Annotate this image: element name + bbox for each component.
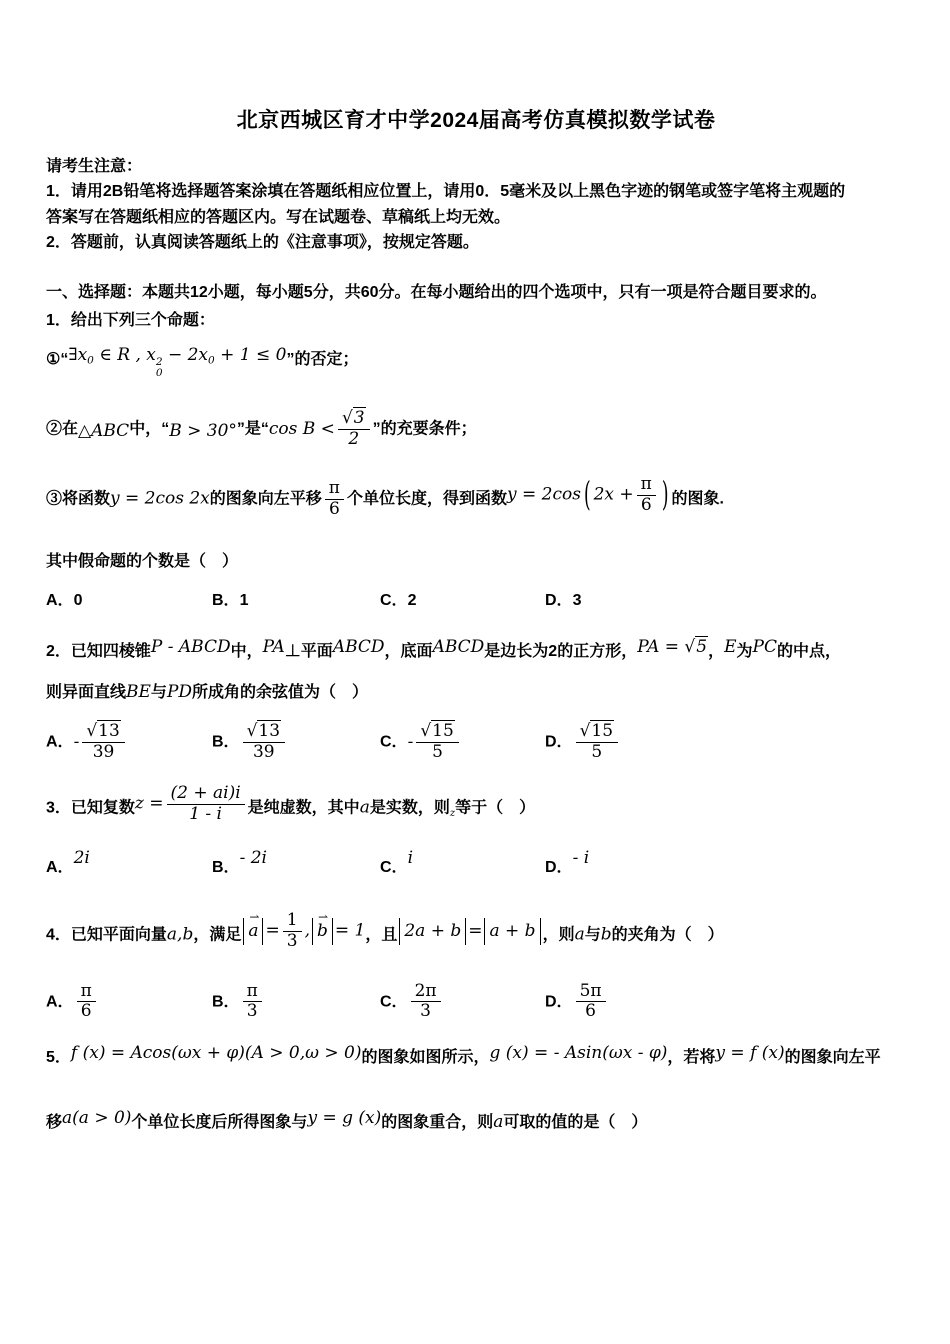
- text-run: ，且: [365, 927, 397, 944]
- text-run: ，: [708, 643, 724, 660]
- q1-options: A．0 B．1 C．2 D．3: [46, 588, 906, 614]
- text-run: ①“: [46, 351, 68, 368]
- math-equation: z =(2 + ai)i1 - i: [135, 784, 248, 824]
- text-run: 的夹角为（ ）: [612, 927, 724, 944]
- q3-option-b: B．- 2i: [212, 854, 380, 881]
- question-number: 5．: [46, 1049, 71, 1066]
- q3-options: A．2i B．- 2i C．i D．- i: [46, 854, 906, 881]
- option-value: 1339: [240, 732, 288, 752]
- math-run: PA: [263, 634, 285, 661]
- fraction-numerator: π: [243, 982, 262, 1003]
- text-run: 可取的值的是（ ）: [503, 1114, 647, 1131]
- fraction-numerator: (2 + ai)i: [167, 784, 245, 805]
- option-value: - 2i: [240, 845, 267, 872]
- option-label: D．: [545, 993, 573, 1010]
- fraction-numerator: 3: [338, 409, 370, 430]
- math-run: y = g (x): [307, 1105, 381, 1132]
- text-run: ，满足: [193, 927, 241, 944]
- q4-option-a: A．π6: [46, 982, 212, 1022]
- text-run: ，则: [543, 927, 575, 944]
- text-run: 则异面直线: [46, 684, 126, 701]
- fraction: π6: [77, 982, 96, 1022]
- notice-line-2: 答案写在答题纸相应的答题区内。写在试题卷、草稿纸上均无效。: [46, 205, 906, 231]
- math-run: x: [146, 345, 156, 365]
- fraction-numerator: π: [77, 982, 96, 1003]
- option-label: A．: [46, 734, 74, 751]
- sqrt-radical: 15: [420, 720, 454, 741]
- q2-option-d: D．155: [545, 722, 906, 762]
- option-label: C．: [380, 592, 408, 609]
- text-run: 3．已知复数: [46, 800, 135, 817]
- text-run: 的图象.: [671, 491, 723, 508]
- math-run: y = 2cos: [507, 485, 581, 505]
- fraction: π3: [243, 982, 262, 1022]
- radicand: 13: [257, 720, 281, 741]
- text-run: 是纯虚数，其中: [248, 800, 360, 817]
- fraction-denominator: 6: [325, 500, 344, 520]
- option-label: D．: [545, 859, 573, 876]
- option-value: 3: [573, 592, 582, 609]
- text-run: 是实数，则: [370, 800, 450, 817]
- option-value: 155: [573, 732, 621, 752]
- math-run: b: [601, 925, 612, 945]
- page-title: 北京西城区育才中学2024届高考仿真模拟数学试卷: [46, 104, 906, 138]
- math-run: △ABC: [78, 418, 129, 445]
- option-value: 2: [408, 592, 417, 609]
- q3-stem: 3．已知复数z =(2 + ai)i1 - i是纯虚数，其中a是实数，则z等于（…: [46, 788, 906, 828]
- option-label: B．: [212, 734, 240, 751]
- fraction-numerator: π: [637, 475, 656, 496]
- math-run: 2x +: [594, 485, 634, 505]
- text-run: ”的否定；: [286, 351, 358, 368]
- q4-option-d: D．5π6: [545, 982, 906, 1022]
- math-run: f (x) = Acos(ωx + φ)(A > 0,ω > 0): [71, 1040, 362, 1067]
- section-heading: 一、选择题：本题共12小题，每小题5分，共60分。在每小题给出的四个选项中，只有…: [46, 280, 906, 306]
- math-run: − 2x: [163, 345, 208, 365]
- fraction: 155: [416, 722, 458, 762]
- q5-stem-line-2: 移a(a > 0)个单位长度后所得图象与y = g (x)的图象重合，则a可取的…: [46, 1109, 906, 1136]
- option-label: D．: [545, 734, 573, 751]
- math-run: y = 2cos 2x: [110, 489, 210, 509]
- text-run: 的图象重合，则: [381, 1114, 493, 1131]
- fraction-numerator: 2π: [411, 982, 441, 1003]
- fraction: 1339: [82, 722, 124, 762]
- option-value: - i: [573, 845, 590, 872]
- fraction-denominator: 5: [416, 743, 458, 763]
- text-run: 2．已知四棱锥: [46, 643, 151, 660]
- subscript: 0: [87, 355, 94, 367]
- fraction: 5π6: [576, 982, 606, 1022]
- question-1: 1．给出下列三个命题： ①“∃x0 ∈ R , x20 − 2x0 + 1 ≤ …: [46, 308, 906, 614]
- math-run: a: [493, 1112, 503, 1132]
- q4-options: A．π6 B．π3 C．2π3 D．5π6: [46, 982, 906, 1022]
- text-run: ，若将: [667, 1049, 715, 1066]
- question-5: 5．f (x) = Acos(ωx + φ)(A > 0,ω > 0)的图象如图…: [46, 1044, 906, 1136]
- option-label: C．: [380, 859, 408, 876]
- math-run: PA =: [637, 637, 679, 657]
- option-label: A．: [46, 993, 74, 1010]
- radicand: 3: [353, 407, 366, 428]
- text-run: ③将函数: [46, 491, 110, 508]
- fraction-numerator: 5π: [576, 982, 606, 1003]
- q4-option-b: B．π3: [212, 982, 380, 1022]
- math-run: =: [468, 921, 482, 941]
- fraction-denominator: 6: [576, 1002, 606, 1022]
- minus-sign: -: [408, 732, 414, 752]
- fraction-numerator: π: [325, 479, 344, 500]
- q2-option-a: A．-1339: [46, 722, 212, 762]
- vector-a: a: [248, 918, 258, 945]
- option-label: D．: [545, 592, 573, 609]
- subscript: 0: [208, 355, 215, 367]
- math-run: ∈ R ,: [94, 345, 146, 365]
- notice-line-1: 1．请用2B铅笔将选择题答案涂填在答题纸相应位置上，请用0．5毫米及以上黑色字迹…: [46, 179, 906, 205]
- q2-option-c: C．-155: [380, 722, 545, 762]
- math-run: + 1 ≤ 0: [215, 345, 287, 365]
- subscript: 0: [156, 368, 163, 379]
- text-run: 移: [46, 1114, 62, 1131]
- text-run: 个单位长度后所得图象与: [131, 1114, 307, 1131]
- fraction-denominator: 39: [243, 743, 285, 763]
- option-value: 0: [74, 592, 83, 609]
- q1-stem: 1．给出下列三个命题：: [46, 308, 906, 334]
- math-run: BE: [126, 682, 151, 702]
- q3-option-c: C．i: [380, 854, 545, 881]
- abs-bars: a: [243, 918, 263, 945]
- q1-option-c: C．2: [380, 588, 545, 614]
- left-paren: (: [584, 469, 591, 523]
- text-run: ”是“: [237, 421, 269, 438]
- math-run: z =: [135, 794, 164, 814]
- math-run: =: [265, 921, 279, 941]
- question-2: 2．已知四棱锥P - ABCD中，PA⊥平面ABCD，底面ABCD是边长为2的正…: [46, 638, 906, 762]
- sqrt-radical: 5: [684, 636, 708, 657]
- text-run: 个单位长度，得到函数: [347, 491, 507, 508]
- q2-stem: 2．已知四棱锥P - ABCD中，PA⊥平面ABCD，底面ABCD是边长为2的正…: [46, 638, 906, 665]
- option-label: C．: [380, 734, 408, 751]
- notice-line-3: 2．答题前，认真阅读答题纸上的《注意事项》，按规定答题。: [46, 230, 906, 256]
- math-run: = 1: [335, 921, 365, 941]
- fraction-numerator: 15: [416, 722, 458, 743]
- text-run: ，底面: [385, 643, 433, 660]
- fraction: 155: [576, 722, 618, 762]
- text-run: 中，“: [129, 421, 169, 438]
- radicand: 15: [431, 720, 455, 741]
- math-proposition-1: ∃x0 ∈ R , x20 − 2x0 + 1 ≤ 0: [68, 342, 286, 379]
- abs-bars: 2a + b: [399, 918, 466, 945]
- abs-bars: a + b: [484, 918, 540, 945]
- q1-item-1: ①“∃x0 ∈ R , x20 − 2x0 + 1 ≤ 0”的否定；: [46, 346, 906, 383]
- fraction: (2 + ai)i1 - i: [167, 784, 245, 824]
- fraction: 2π3: [411, 982, 441, 1022]
- abs-bars: b: [312, 918, 333, 945]
- fraction-denominator: 1 - i: [167, 805, 245, 825]
- text-run: 的图象如图所示，: [361, 1049, 489, 1066]
- radicand: 13: [97, 720, 121, 741]
- math-run: PD: [167, 682, 192, 702]
- math-run: E: [724, 634, 736, 661]
- fraction-denominator: 2: [338, 430, 370, 450]
- fraction-numerator: 1: [283, 911, 302, 932]
- math-run: ABCD: [433, 634, 485, 661]
- math-run: cos B <: [269, 419, 335, 439]
- text-run: ”的充要条件；: [373, 421, 477, 438]
- q1-option-d: D．3: [545, 588, 906, 614]
- option-value: 2i: [74, 845, 90, 872]
- radicand: 5: [695, 636, 708, 657]
- math-run: a(a > 0): [62, 1105, 131, 1132]
- text-run: 与: [151, 684, 167, 701]
- option-label: A．: [46, 859, 74, 876]
- radicand: 15: [590, 720, 614, 741]
- sqrt-radical: 15: [580, 720, 614, 741]
- q1-item-3: ③将函数y = 2cos 2x的图象向左平移π6个单位长度，得到函数y = 2c…: [46, 479, 906, 519]
- q3-option-a: A．2i: [46, 854, 212, 881]
- notice-section: 请考生注意： 1．请用2B铅笔将选择题答案涂填在答题纸相应位置上，请用0．5毫米…: [46, 154, 906, 256]
- text-run: 中，: [231, 643, 263, 660]
- notice-heading: 请考生注意：: [46, 154, 906, 180]
- math-run: a: [360, 798, 370, 818]
- math-function: y = 2cos(2x +π6): [507, 475, 671, 515]
- fraction-denominator: 3: [283, 932, 302, 952]
- option-value: 1: [240, 592, 249, 609]
- option-label: C．: [380, 993, 408, 1010]
- math-run: PC: [753, 634, 777, 661]
- sup-sub-stack: 20: [156, 357, 163, 379]
- text-run: 的图象向左平: [785, 1049, 881, 1066]
- q3-option-d: D．- i: [545, 854, 906, 881]
- q2-option-b: B．1339: [212, 722, 380, 762]
- text-run: 的中点，: [777, 643, 841, 660]
- q1-option-b: B．1: [212, 588, 380, 614]
- fraction-numerator: 13: [243, 722, 285, 743]
- fraction-denominator: 6: [637, 496, 656, 516]
- math-run: ABCD: [333, 634, 385, 661]
- sqrt-radical: 13: [247, 720, 281, 741]
- q2-stem-line-2: 则异面直线BE与PD所成角的余弦值为（ ）: [46, 679, 906, 706]
- fraction: 32: [338, 409, 370, 449]
- q2-options: A．-1339 B．1339 C．-155 D．155: [46, 722, 906, 762]
- math-run: ∃x: [68, 345, 87, 365]
- question-3: 3．已知复数z =(2 + ai)i1 - i是纯虚数，其中a是实数，则z等于（…: [46, 788, 906, 881]
- fraction: 1339: [243, 722, 285, 762]
- fraction-denominator: 39: [82, 743, 124, 763]
- math-run: B > 30°: [169, 418, 237, 445]
- text-run: 的图象向左平移: [210, 491, 322, 508]
- math-run: a: [575, 925, 585, 945]
- math-run: ,: [305, 921, 310, 941]
- math-run: a,b: [167, 925, 193, 945]
- sqrt-radical: 3: [342, 407, 366, 428]
- fraction: π6: [637, 475, 656, 515]
- right-paren: ): [662, 469, 669, 523]
- option-value: -155: [408, 732, 462, 752]
- vector-b: b: [317, 918, 328, 945]
- q5-stem-line-1: 5．f (x) = Acos(ωx + φ)(A > 0,ω > 0)的图象如图…: [46, 1044, 906, 1071]
- q1-option-a: A．0: [46, 588, 212, 614]
- fraction: π6: [325, 479, 344, 519]
- exam-page: 北京西城区育才中学2024届高考仿真模拟数学试卷 请考生注意： 1．请用2B铅笔…: [0, 0, 950, 1344]
- q4-option-c: C．2π3: [380, 982, 545, 1022]
- text-run: 是边长为2的正方形，: [484, 643, 637, 660]
- option-label: A．: [46, 592, 74, 609]
- text-run: 4．已知平面向量: [46, 927, 167, 944]
- text-run: ⊥平面: [285, 643, 333, 660]
- option-value: -1339: [74, 732, 128, 752]
- option-label: B．: [212, 592, 240, 609]
- fraction: 13: [283, 911, 302, 951]
- text-run: 与: [585, 927, 601, 944]
- math-run: g (x) = - Asin(ωx - φ): [490, 1040, 668, 1067]
- option-label: B．: [212, 993, 240, 1010]
- fraction-denominator: 3: [411, 1002, 441, 1022]
- fraction-denominator: 5: [576, 743, 618, 763]
- q1-count-line: 其中假命题的个数是（ ）: [46, 549, 906, 575]
- option-value: i: [408, 845, 413, 872]
- minus-sign: -: [74, 732, 80, 752]
- q4-stem: 4．已知平面向量a,b，满足a=13,b= 1，且2a + b=a + b，则a…: [46, 915, 906, 955]
- text-run: 等于（ ）: [455, 800, 535, 817]
- fraction-denominator: 6: [77, 1002, 96, 1022]
- sqrt-radical: 13: [86, 720, 120, 741]
- fraction-numerator: 13: [82, 722, 124, 743]
- q1-item-2: ②在△ABC中，“B > 30°”是“cos B <32”的充要条件；: [46, 409, 906, 449]
- question-4: 4．已知平面向量a,b，满足a=13,b= 1，且2a + b=a + b，则a…: [46, 915, 906, 1021]
- math-run: P - ABCD: [151, 634, 231, 661]
- text-run: ②在: [46, 421, 78, 438]
- math-vector-equation: 2a + b=a + b: [397, 918, 542, 945]
- math-vector-condition: a=13,b= 1: [241, 911, 365, 951]
- fraction-numerator: 15: [576, 722, 618, 743]
- math-run: y = f (x): [715, 1040, 784, 1067]
- option-label: B．: [212, 859, 240, 876]
- fraction-denominator: 3: [243, 1002, 262, 1022]
- math-equation: PA = 5: [637, 634, 708, 661]
- text-run: 所成角的余弦值为（ ）: [192, 684, 368, 701]
- text-run: 为: [737, 643, 753, 660]
- math-inequality: cos B <32: [269, 419, 373, 439]
